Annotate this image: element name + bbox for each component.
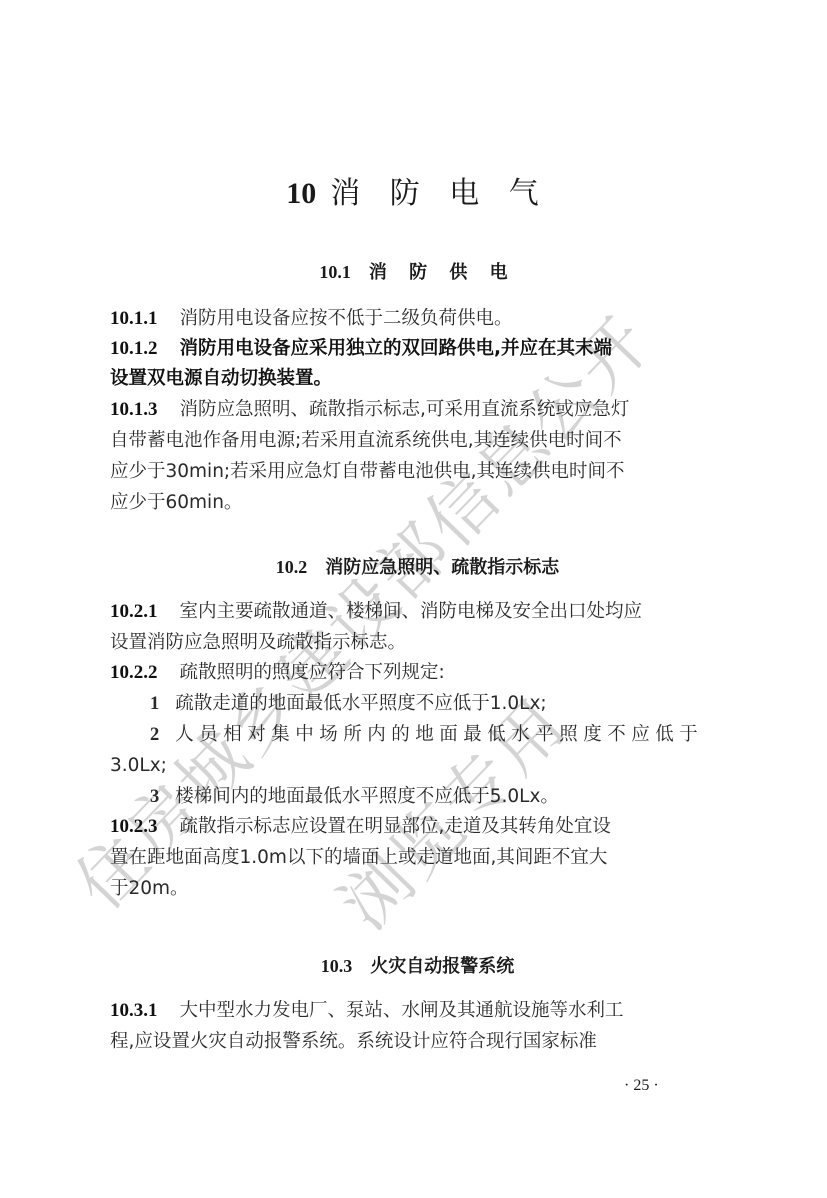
clause-number: 10.3.1 [110, 1000, 158, 1021]
item-number: 1 [150, 694, 159, 714]
clause-10-2-3-cont-1: 置在距地面高度1.0m以下的墙面上或走道地面,其间距不宜大 [110, 843, 725, 873]
list-item-1: 1疏散走道的地面最低水平照度不应低于1.0Lx; [110, 689, 725, 719]
list-item-3: 3楼梯间内的地面最低水平照度不应低于5.0Lx。 [110, 782, 725, 812]
clause-number: 10.1.2 [110, 338, 158, 359]
clause-text: 消防用电设备应按不低于二级负荷供电。 [180, 308, 513, 329]
clause-text: 消防用电设备应采用独立的双回路供电,并应在其末端 [180, 338, 613, 359]
chapter-title-text: 消 防 电 气 [330, 176, 549, 211]
clause-text: 疏散指示标志应设置在明显部位,走道及其转角处宜设 [180, 816, 611, 837]
item-text: 疏散走道的地面最低水平照度不应低于1.0Lx; [175, 693, 546, 714]
clause-10-1-3-cont-1: 自带蓄电池作备用电源;若采用直流系统供电,其连续供电时间不 [110, 426, 725, 456]
section-number: 10.3 [321, 956, 353, 976]
section-title-10-2: 10.2消防应急照明、疏散指示标志 [110, 553, 725, 579]
chapter-number: 10 [286, 177, 316, 210]
clause-text: 疏散照明的照度应符合下列规定: [180, 662, 445, 683]
clause-10-1-3-cont-3: 应少于60min。 [110, 488, 725, 518]
chapter-title: 10消 防 电 气 [110, 168, 725, 212]
item-text: 楼梯间内的地面最低水平照度不应低于5.0Lx。 [175, 786, 559, 807]
clause-number: 10.2.3 [110, 816, 158, 837]
clause-number: 10.2.1 [110, 601, 158, 622]
clause-10-1-2-cont: 设置双电源自动切换装置。 [110, 364, 725, 394]
list-item-2-cont: 3.0Lx; [110, 751, 725, 781]
section-title-text: 火灾自动报警系统 [370, 956, 514, 977]
clause-text: 大中型水力发电厂、泵站、水闸及其通航设施等水利工 [180, 1000, 624, 1021]
section-title-text: 消 防 供 电 [369, 262, 516, 283]
section-title-10-3: 10.3火灾自动报警系统 [110, 952, 725, 978]
clause-10-2-3-cont-2: 于20m。 [110, 874, 725, 904]
item-number: 2 [150, 725, 159, 745]
section-title-text: 消防应急照明、疏散指示标志 [325, 557, 559, 578]
clause-number: 10.1.1 [110, 308, 158, 329]
section-number: 10.1 [319, 262, 351, 282]
list-item-2: 2人员相对集中场所内的地面最低水平照度不应低于 [110, 720, 725, 750]
clause-text: 消防应急照明、疏散指示标志,可采用直流系统或应急灯 [180, 399, 630, 420]
clause-10-1-3-cont-2: 应少于30min;若采用应急灯自带蓄电池供电,其连续供电时间不 [110, 457, 725, 487]
item-text: 人员相对集中场所内的地面最低水平照度不应低于 [175, 724, 703, 745]
clause-10-1-2: 10.1.2消防用电设备应采用独立的双回路供电,并应在其末端 [110, 334, 725, 364]
page-number: · 25 · [624, 1077, 659, 1095]
clause-10-2-1-cont: 设置消防应急照明及疏散指示标志。 [110, 628, 725, 658]
clause-10-2-2: 10.2.2疏散照明的照度应符合下列规定: [110, 658, 725, 688]
clause-10-2-1: 10.2.1室内主要疏散通道、楼梯间、消防电梯及安全出口处均应 [110, 597, 725, 627]
clause-10-2-3: 10.2.3疏散指示标志应设置在明显部位,走道及其转角处宜设 [110, 812, 725, 842]
section-title-10-1: 10.1消 防 供 电 [110, 258, 725, 284]
section-number: 10.2 [276, 557, 308, 577]
clause-10-1-1: 10.1.1消防用电设备应按不低于二级负荷供电。 [110, 304, 725, 334]
document-page: 住房城乡建设部信息公开 浏览专用 10消 防 电 气 10.1消 防 供 电 1… [0, 0, 827, 1198]
clause-10-3-1: 10.3.1大中型水力发电厂、泵站、水闸及其通航设施等水利工 [110, 996, 725, 1026]
clause-number: 10.2.2 [110, 662, 158, 683]
clause-text: 室内主要疏散通道、楼梯间、消防电梯及安全出口处均应 [180, 601, 643, 622]
clause-10-3-1-cont: 程,应设置火灾自动报警系统。系统设计应符合现行国家标准 [110, 1027, 725, 1057]
clause-10-1-3: 10.1.3消防应急照明、疏散指示标志,可采用直流系统或应急灯 [110, 395, 725, 425]
item-number: 3 [150, 787, 159, 807]
clause-number: 10.1.3 [110, 399, 158, 420]
